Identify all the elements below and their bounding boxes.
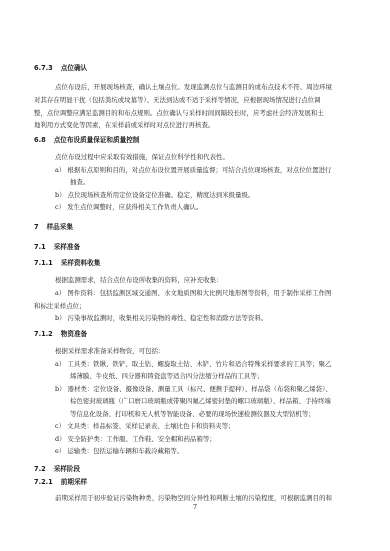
heading-number: 7.2: [34, 465, 46, 474]
paragraph-line: 根据采样需求准备采样物资，可包括：: [55, 347, 165, 356]
heading-6-8: 6.8点位布设质量保证和质量控制: [34, 136, 139, 145]
list-item-a-cont: 烯薄膜、牛皮纸、四分器和铸瓷盘等适合四分法缩分样品的工具等；: [70, 372, 263, 381]
heading-number: 7.1: [34, 243, 46, 252]
list-item-a-cont: 抽查。: [70, 178, 89, 187]
paragraph-line: 点位布设过程中应采取有效措施，保证点位科学性和代表性。: [55, 153, 229, 162]
paragraph-line: 根据监测需求，结合点位布设所收集的资料，应补充收集：: [55, 276, 222, 285]
heading-7-2: 7.2采样阶段: [34, 465, 80, 474]
list-item-b: b） 器材类：定位设备、摄像设备、测量工具（标尺、便携手提秤）、样品袋（布袋和聚…: [55, 385, 332, 394]
paragraph-line: 整，点位调整应满足监测目的和布点规则。点位确认与采样时间间隔较长时，应考虑社会经…: [34, 109, 324, 118]
list-item-d: d） 安全防护类：工作服、工作鞋、安全帽和药品箱等；: [55, 435, 216, 444]
heading-7-2-1: 7.2.1前期采样: [34, 478, 87, 487]
paragraph-line: 地利用方式变化等因素，在采样前或采样时对点位进行再核查。: [34, 121, 214, 130]
list-item-e: e） 运输类：包括运输车辆和车载冷藏箱等。: [55, 447, 183, 456]
page-number: 7: [0, 504, 390, 511]
heading-7-1-2: 7.1.2物资准备: [34, 330, 87, 339]
heading-title: 点位确认: [61, 64, 87, 72]
list-item-b: b） 点位现场核查所用定位设备定位准确、稳定，精度达到米级量级。: [55, 191, 254, 200]
heading-7-1: 7.1采样准备: [34, 243, 80, 252]
list-item-a: a） 图件资料：包括监测区域交通图、水文地质图和大比例尺地形图等资料，用于制作采…: [55, 289, 331, 298]
paragraph-line: 前期采样用于初步验证污染物种类、污染物空间分异性和判断土壤的污染程度，可根据监测…: [55, 494, 332, 503]
heading-number: 6.8: [34, 136, 46, 145]
heading-number: 7.2.1: [34, 478, 53, 487]
list-item-a: a） 根据布点原则和目的，对点位布设位置开展质量监督；可结合点位现场核查，对点位…: [55, 166, 331, 175]
heading-title: 样品采集: [47, 223, 73, 231]
heading-title: 采样阶段: [54, 465, 80, 473]
list-item-a-cont: 和标注采样点位；: [34, 302, 86, 311]
heading-title: 采样资料收集: [61, 259, 101, 267]
list-item-c: c） 文具类：样品标签、采样记录表、土壤比色卡和资料夹等；: [55, 422, 235, 431]
heading-title: 点位布设质量保证和质量控制: [54, 136, 140, 144]
list-item-b-cont: 等信息化设备、打印机和无人机等智能设备、必要的现场快速检测仪器及大型钻机等；: [70, 410, 315, 419]
heading-title: 前期采样: [61, 478, 87, 486]
list-item-b-cont: 棕色密封玻璃瓶（广口磨口玻璃瓶或带聚四氟乙烯密封垫的螺口玻璃瓶）、样品箱、手持终…: [70, 397, 331, 406]
heading-number: 7.1.2: [34, 330, 53, 339]
heading-7: 7样品采集: [34, 223, 73, 232]
document-page: 6.7.3点位确认 点位布设后，开展现场核查，确认土壤点位。发现监测点位与监测目…: [0, 0, 390, 551]
heading-7-1-1: 7.1.1采样资料收集: [34, 259, 100, 268]
heading-number: 6.7.3: [34, 64, 53, 73]
paragraph-line: 对其存在明显干扰（包括粪坑或坟墓等）、无法到达或不适于采样等情况，应根据现场情况…: [34, 96, 321, 105]
heading-number: 7: [34, 223, 39, 232]
list-item-a: a） 工具类：铁锹、铁铲、取土钻、螺旋取土钻、木铲、竹片和适合特殊采样要求的工具…: [55, 360, 331, 369]
list-item-c: c） 发生点位调整时，应获得相关工作负责人确认。: [55, 203, 202, 212]
paragraph-line: 点位布设后，开展现场核查，确认土壤点位。发现监测点位与监测目的或布点技术不符、周…: [55, 83, 332, 92]
heading-title: 物资准备: [61, 330, 87, 338]
list-item-b: b） 污染事故监测时，收集相关污染物的毒性、稳定性和消除方法等资料。: [55, 314, 267, 323]
heading-title: 采样准备: [54, 243, 80, 251]
heading-number: 7.1.1: [34, 259, 53, 268]
heading-6-7-3: 6.7.3点位确认: [34, 64, 87, 73]
